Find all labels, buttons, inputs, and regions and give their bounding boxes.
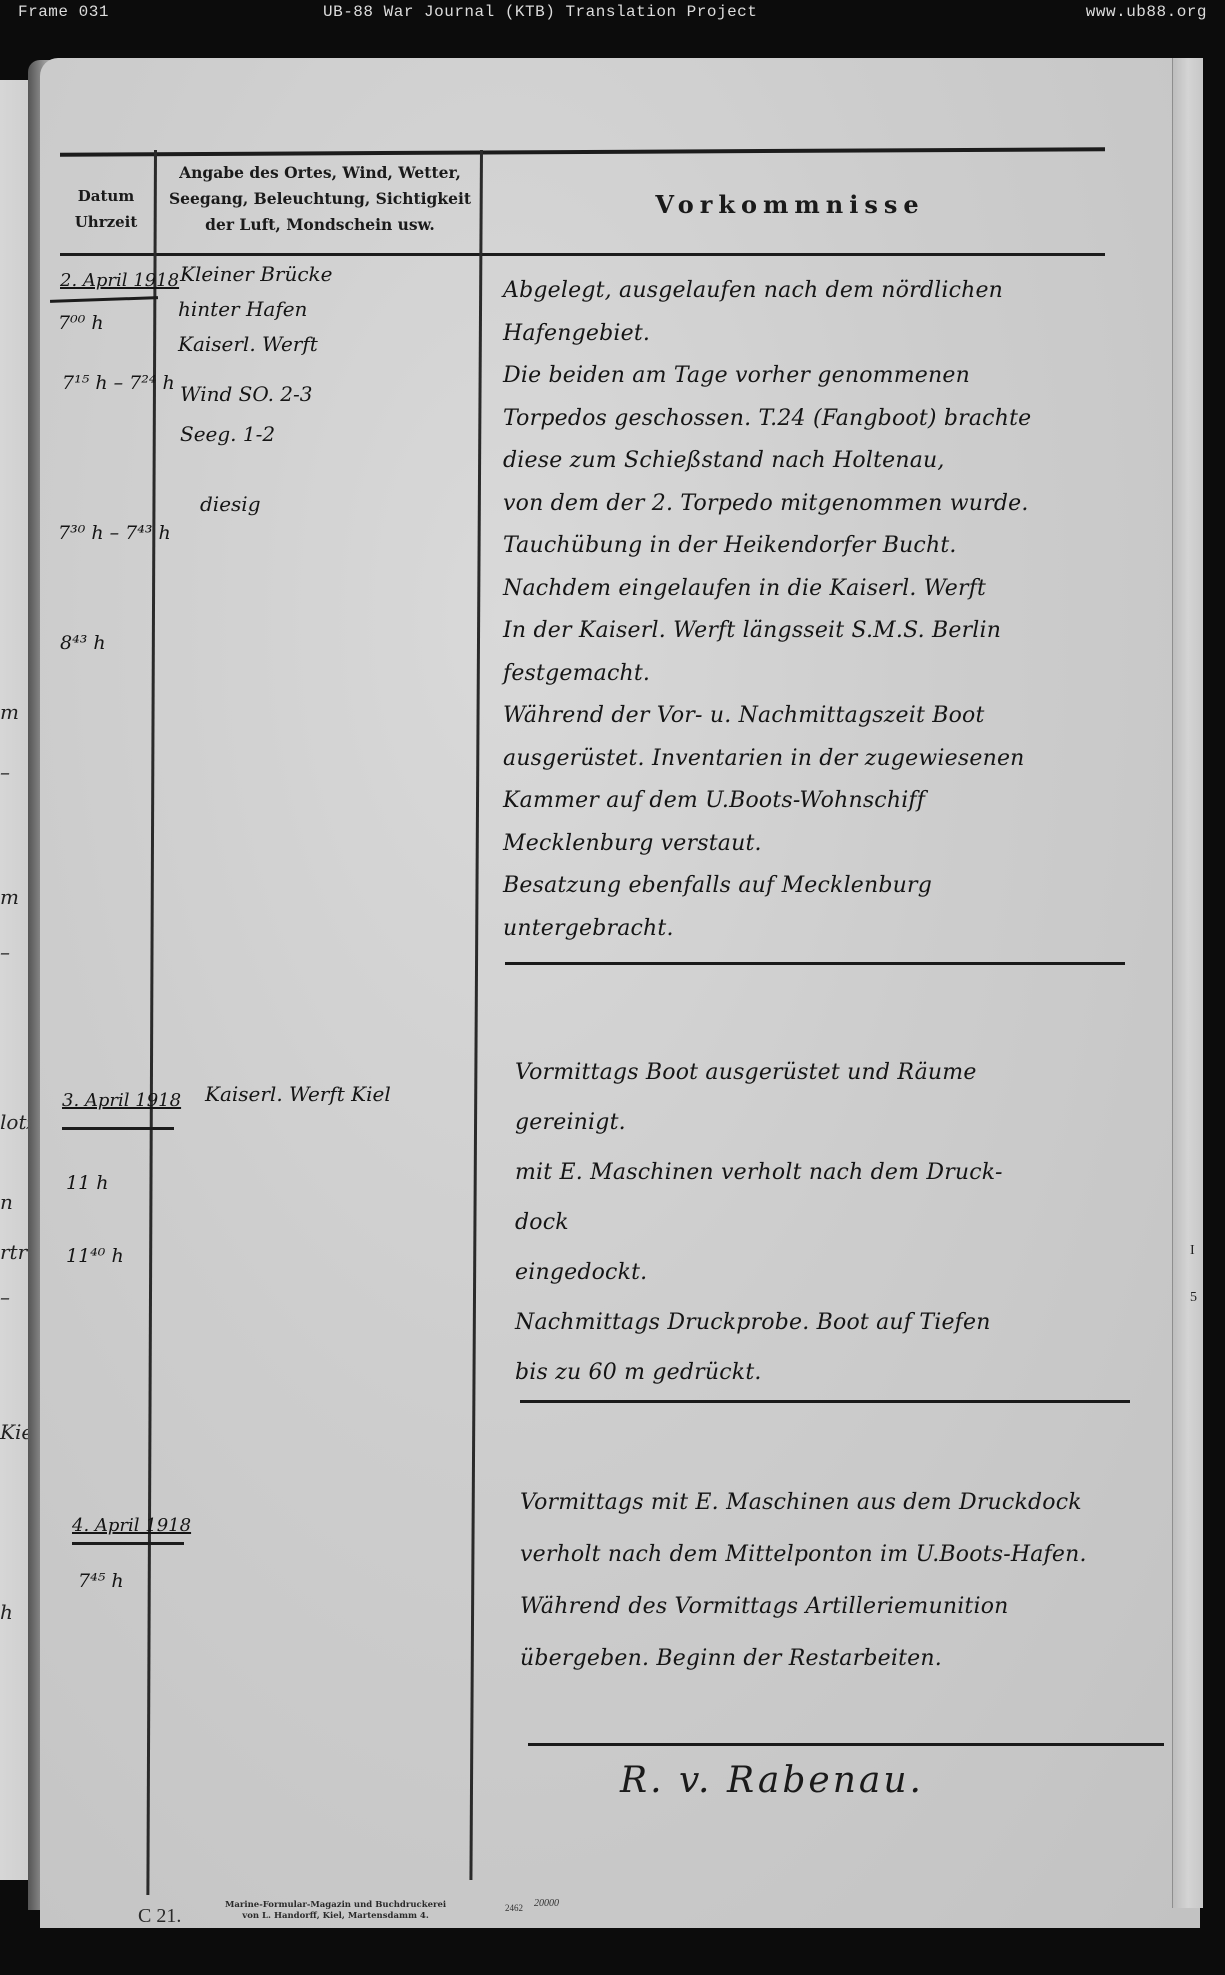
event-line: Tauchübung in der Heikendorfer Bucht. [503, 533, 957, 558]
fragment-text: m [0, 700, 19, 724]
entry-time: 7⁰⁰ h [58, 312, 104, 334]
event-line: Torpedos geschossen. T.24 (Fangboot) bra… [503, 406, 1031, 431]
fragment-text: – [0, 940, 10, 964]
fragment-text: rtr [0, 1240, 27, 1264]
printer-imprint: Marine-Formular-Magazin und Buchdruckere… [225, 1900, 446, 1922]
header-time-label: Uhrzeit [60, 209, 152, 235]
website-link[interactable]: www.ub88.org [1086, 3, 1207, 21]
page-edge [1172, 58, 1203, 1908]
event-line: ausgerüstet. Inventarien in der zugewies… [503, 746, 1025, 771]
fragment-text: – [0, 1285, 10, 1309]
printer-line: Marine-Formular-Magazin und Buchdruckere… [225, 1900, 446, 1911]
header-place-line: Angabe des Ortes, Wind, Wetter, [160, 160, 480, 186]
event-line: übergeben. Beginn der Restarbeiten. [520, 1646, 942, 1671]
entry-date: 3. April 1918 [62, 1090, 181, 1111]
event-line: Die beiden am Tage vorher genommenen [503, 363, 970, 388]
event-line: von dem der 2. Torpedo mitgenommen wurde… [503, 491, 1029, 516]
entry-time: 11 h [66, 1172, 108, 1194]
event-line: Nachmittags Druckprobe. Boot auf Tiefen [515, 1310, 991, 1335]
fragment-text: m [0, 885, 19, 909]
header-place-line: Seegang, Beleuchtung, Sichtigkeit [160, 186, 480, 212]
event-line: gereinigt. [515, 1110, 626, 1135]
date-underline [62, 1127, 174, 1130]
event-line: bis zu 60 m gedrückt. [515, 1360, 762, 1385]
weather-sea-state: Seeg. 1-2 [180, 422, 275, 446]
entry-date: 4. April 1918 [72, 1515, 191, 1536]
margin-mark: 5 [1190, 1290, 1197, 1306]
weather-wind: Wind SO. 2-3 [180, 382, 313, 406]
margin-mark: I [1190, 1243, 1195, 1259]
entry-time: 7¹⁵ h – 7²⁴ h [62, 372, 175, 394]
event-line: Besatzung ebenfalls auf Mecklenburg [503, 873, 932, 898]
frame-label: Frame 031 [18, 3, 109, 21]
event-line: verholt nach dem Mittelponton im U.Boots… [520, 1542, 1087, 1567]
event-line: Während des Vormittags Artilleriemunitio… [520, 1594, 1009, 1619]
form-number: C 21. [138, 1905, 181, 1928]
event-line: Vormittags Boot ausgerüstet und Räume [515, 1060, 977, 1085]
event-line: Während der Vor- u. Nachmittagszeit Boot [503, 703, 985, 728]
event-line: eingedockt. [515, 1260, 647, 1285]
event-line: festgemacht. [503, 661, 650, 686]
event-line: Nachdem eingelaufen in die Kaiserl. Werf… [503, 576, 986, 601]
signature-rule [528, 1743, 1164, 1746]
header-bottom-rule [60, 253, 1105, 256]
fragment-text: n [0, 1190, 13, 1214]
header-events: Vorkommnisse [490, 190, 1090, 219]
fragment-text: – [0, 760, 10, 784]
header-place-weather: Angabe des Ortes, Wind, Wetter, Seegang,… [160, 160, 480, 238]
event-line: Mecklenburg verstaut. [503, 831, 762, 856]
place-line: Kleiner Brücke [180, 262, 333, 286]
place-line: Kaiserl. Werft Kiel [205, 1082, 391, 1106]
frame-caption-bar: Frame 031 UB-88 War Journal (KTB) Transl… [0, 0, 1225, 28]
event-line: mit E. Maschinen verholt nach dem Druck- [515, 1160, 1003, 1185]
event-line: Hafengebiet. [503, 321, 650, 346]
entry-separator [505, 962, 1125, 965]
entry-time: 11⁴⁰ h [66, 1245, 124, 1267]
event-line: diese zum Schießstand nach Holtenau, [503, 448, 945, 473]
place-line: Kaiserl. Werft [178, 332, 318, 356]
event-line: Kammer auf dem U.Boots-Wohnschiff [503, 788, 925, 813]
header-date-label: Datum [60, 183, 152, 209]
event-line: untergebracht. [503, 916, 674, 941]
entry-time: 7³⁰ h – 7⁴³ h [58, 522, 171, 544]
event-line: In der Kaiserl. Werft längsseit S.M.S. B… [503, 618, 1001, 643]
date-underline [72, 1542, 184, 1545]
entry-date: 2. April 1918 [60, 270, 179, 291]
print-run: 20000 [534, 1898, 559, 1909]
entry-separator [520, 1400, 1130, 1403]
header-date-time: Datum Uhrzeit [60, 183, 152, 235]
event-line: dock [515, 1210, 569, 1235]
project-title: UB-88 War Journal (KTB) Translation Proj… [323, 3, 757, 21]
event-line: Vormittags mit E. Maschinen aus dem Druc… [520, 1490, 1082, 1515]
entry-time: 8⁴³ h [60, 632, 106, 654]
weather-visibility: diesig [200, 492, 261, 516]
header-place-line: der Luft, Mondschein usw. [160, 212, 480, 238]
place-line: hinter Hafen [178, 297, 307, 321]
entry-time: 7⁴⁵ h [78, 1570, 124, 1592]
commander-signature: R. v. Rabenau. [620, 1760, 924, 1801]
print-code: 2462 [505, 1903, 523, 1913]
fragment-text: h [0, 1600, 13, 1624]
event-line: Abgelegt, ausgelaufen nach dem nördliche… [503, 278, 1003, 303]
printer-line: von L. Handorff, Kiel, Martensdamm 4. [225, 1911, 446, 1922]
